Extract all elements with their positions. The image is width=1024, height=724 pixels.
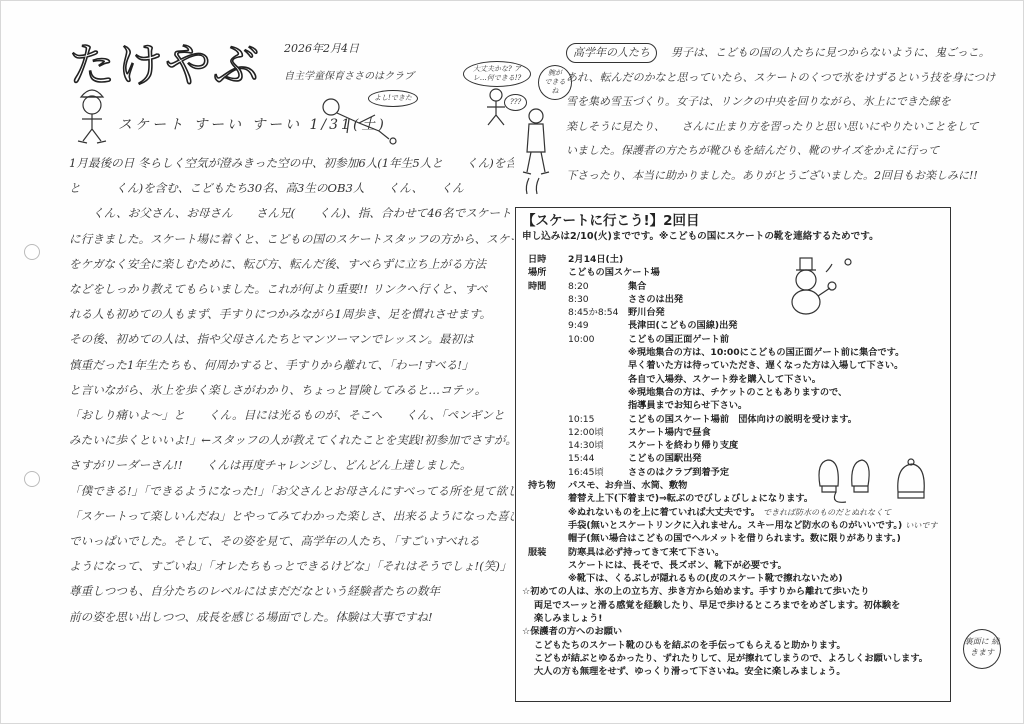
left-article: 1月最後の日 冬らしく空気が澄みきった空の中、初参加6人(1年生5人と くん)を… [69, 151, 514, 630]
standing-skater-illustration-icon [519, 106, 553, 196]
speech-bubble-skater: よし!できた [368, 90, 418, 107]
guardian-request: こどもたちのスケート靴のひもを結ぶのを手伝ってもらえると助かります。 [522, 639, 944, 652]
gate-note: ※現地集合の方は、チケットのこともありますので、 [522, 386, 944, 399]
date-row: 日時2月14日(土) [522, 253, 944, 266]
gate-note: 指導員までお知らせ下さい。 [522, 399, 944, 412]
article-line: などをしっかり教えてもらいました。これが何より重要!! リンクへ行くと、すべ [69, 277, 514, 302]
first-timers-note: ☆初めての人は、氷の上の立ち方、歩き方から始めます。手すりから離れて歩いたり [522, 585, 944, 598]
schedule-row: 8:45か8:54野川台発 [522, 306, 944, 319]
article-line: に行きました。スケート場に着くと、こどもの国のスケートスタッフの方から、スケート [69, 227, 514, 252]
snowman-illustration-icon [788, 256, 868, 316]
speech-bubble-stick-figure: 大丈夫かな? アレ…何できる!? [463, 61, 531, 87]
application-deadline: 申し込みは2/10(火)までです。※こどもの国にスケートの靴を連絡するためです。 [522, 230, 944, 243]
mittens-hat-illustration-icon [816, 456, 936, 506]
belongings-row: 帽子(無い場合はこどもの国でヘルメットを借りられます。数に限りがあります。) [522, 532, 944, 545]
article-line: あれ、転んだのかなと思っていたら、スケートのくつで氷をけずるという技を身につけ [566, 66, 1021, 91]
schedule-row: 14:30頃スケートを終わり帰り支度 [522, 439, 944, 452]
clothing-row: スケートには、長そで、長ズボン、靴下が必要です。 [522, 559, 944, 572]
article-line: と言いながら、氷上を歩く楽しさがわかり、ちょっと冒険してみると…コテッ。 [69, 378, 514, 403]
schedule-row: 時間8:20集合 [522, 280, 944, 293]
article-line: みたいに歩くといいよ!」←スタッフの人が教えてくれたことを実践!初参加でさすが。 [69, 428, 514, 453]
guardian-request: こどもが結ぶとゆるかったり、ずれたりして、足が擦れてしまうので、よろしくお願いし… [522, 652, 944, 665]
belongings-row: 手袋(無いとスケートリンクに入れません。スキー用など防水のものがいいです。) い… [522, 519, 944, 532]
handwritten-note: できれば防水のものだとぬれなくて [763, 508, 891, 517]
event-title: 【スケートに行こう!】2回目 [522, 212, 944, 230]
punch-hole-bottom [24, 471, 40, 487]
first-timers-note: 両足でスーッと滑る感覚を経験したり、早足で歩けるところまでをめざします。初体験を [522, 599, 944, 612]
schedule-row: 8:30ささのは出発 [522, 293, 944, 306]
clothing-row: ※靴下は、くるぶしが隠れるもの(皮のスケート靴で擦れないため) [522, 572, 944, 585]
right-article: 高学年の人たち男子は、こどもの国の人たちに見つからないように、鬼ごっこ。 あれ、… [566, 41, 1021, 188]
article-line: その後、初めての人は、指や父母さんたちとマンツーマンでレッスン。最初は [69, 327, 514, 352]
article-line: 高学年の人たち男子は、こどもの国の人たちに見つからないように、鬼ごっこ。 [566, 41, 1021, 66]
schedule-row: 9:49長津田(こどもの国線)出発 [522, 319, 944, 332]
skating-girl-illustration-icon [69, 83, 115, 145]
article-line: と くん)を含む、こどもたち30名、高3生のOB3人 くん、 くん [69, 176, 514, 201]
clothing-row: 服装防寒具は必ず持ってきて来て下さい。 [522, 546, 944, 559]
article-line: 尊重しつつも、自分たちのレベルにはまだだなという経験者たちの数年 [69, 579, 514, 604]
article-line: さすがリーダーさん!! くんは再度チャレンジし、どんどん上達しました。 [69, 453, 514, 478]
article-line: 「僕できる!」「できるようになった!」「お父さんとお母さんにすべってる所を見て欲… [69, 479, 514, 504]
issue-date: 2026年2月4日 [284, 40, 359, 56]
article-line: 下さったり、本当に助かりました。ありがとうございました。2回目もお楽しみに!! [566, 164, 1021, 189]
newsletter-page: たけやぶ 2026年2月4日 自主学童保育ささのはクラブ スケート すーい すー… [0, 0, 1024, 724]
schedule-row: 10:15こどもの国スケート場前 団体向けの説明を受けます。 [522, 413, 944, 426]
gate-note: 早く着いた方は待っていただき、遅くなった方は入場して下さい。 [522, 359, 944, 372]
guardian-request: 大人の方も無理をせず、ゆっくり滑って下さいね。安全に楽しみましょう。 [522, 665, 944, 678]
schedule-row: 12:00頃スケート場内で昼食 [522, 426, 944, 439]
article-line: 前の姿を思い出しつつ、成長を感じる場面でした。体験は大事ですね! [69, 605, 514, 630]
upper-grade-badge: 高学年の人たち [566, 43, 657, 63]
article-line: 1月最後の日 冬らしく空気が澄みきった空の中、初参加6人(1年生5人と くん)を… [69, 151, 514, 176]
article-line: 楽しそうに見たり、 さんに止まり方を習ったりと思い思いにやりたいことをして [566, 115, 1021, 140]
event-info-box: 【スケートに行こう!】2回目 申し込みは2/10(火)までです。※こどもの国にス… [515, 207, 951, 702]
article-line: でいっぱいでした。そして、その姿を見て、高学年の人たち、「すごいすべれる [69, 529, 514, 554]
gate-note: 各自で入場券、スケート券を購入して下さい。 [522, 373, 944, 386]
continued-on-back-note: 裏面に 続きます [963, 629, 1001, 669]
article-line: 慎重だった1年生たちも、何周かすると、手すりから離れて、「わー!すべる!」 [69, 353, 514, 378]
article-line: をケガなく安全に楽しむために、転び方、転んだ後、すべらずに立ち上がる方法 [69, 252, 514, 277]
schedule-row: 10:00こどもの国正面ゲート前 [522, 333, 944, 346]
place-row: 場所こどもの国スケート場 [522, 266, 944, 279]
handwritten-note: いいです [905, 521, 937, 530]
guardian-request-title: ☆保護者の方へのお願い [522, 625, 944, 638]
article-line: 雪を集め雪玉づくり。女子は、リンクの中央を回りながら、氷上にできた線を [566, 90, 1021, 115]
article-line: くん、お父さん、お母さん さん兄( くん)、指、合わせて46名でスケート [69, 201, 514, 226]
article-line: いました。保護者の方たちが靴ひもを結んだり、靴のサイズをかえに行って [566, 139, 1021, 164]
article-line: 「スケートって楽しいんだね」とやってみてわかった楽しさ、出来るようになった喜び [69, 504, 514, 529]
gate-note: ※現地集合の方は、10:00にこどもの国正面ゲート前に集合です。 [522, 346, 944, 359]
article-line: れる人も初めての人もまず、手すりにつかみながら1周歩き、足を慣れさせます。 [69, 302, 514, 327]
article-line: ようになって、すごいね」「オレたちもっとできるけどな」「それはそうでしょ!(笑)… [69, 554, 514, 579]
belongings-row: ※ぬれないものを上に着ていれば大丈夫です。 できれば防水のものだとぬれなくて [522, 506, 944, 519]
punch-hole-top [24, 244, 40, 260]
first-timers-note: 楽しみましょう! [522, 612, 944, 625]
article-line: 「おしり痛いよ〜」と くん。目には光るものが、そこへ くん、「ペンギンと [69, 403, 514, 428]
organization-name: 自主学童保育ささのはクラブ [284, 67, 414, 82]
